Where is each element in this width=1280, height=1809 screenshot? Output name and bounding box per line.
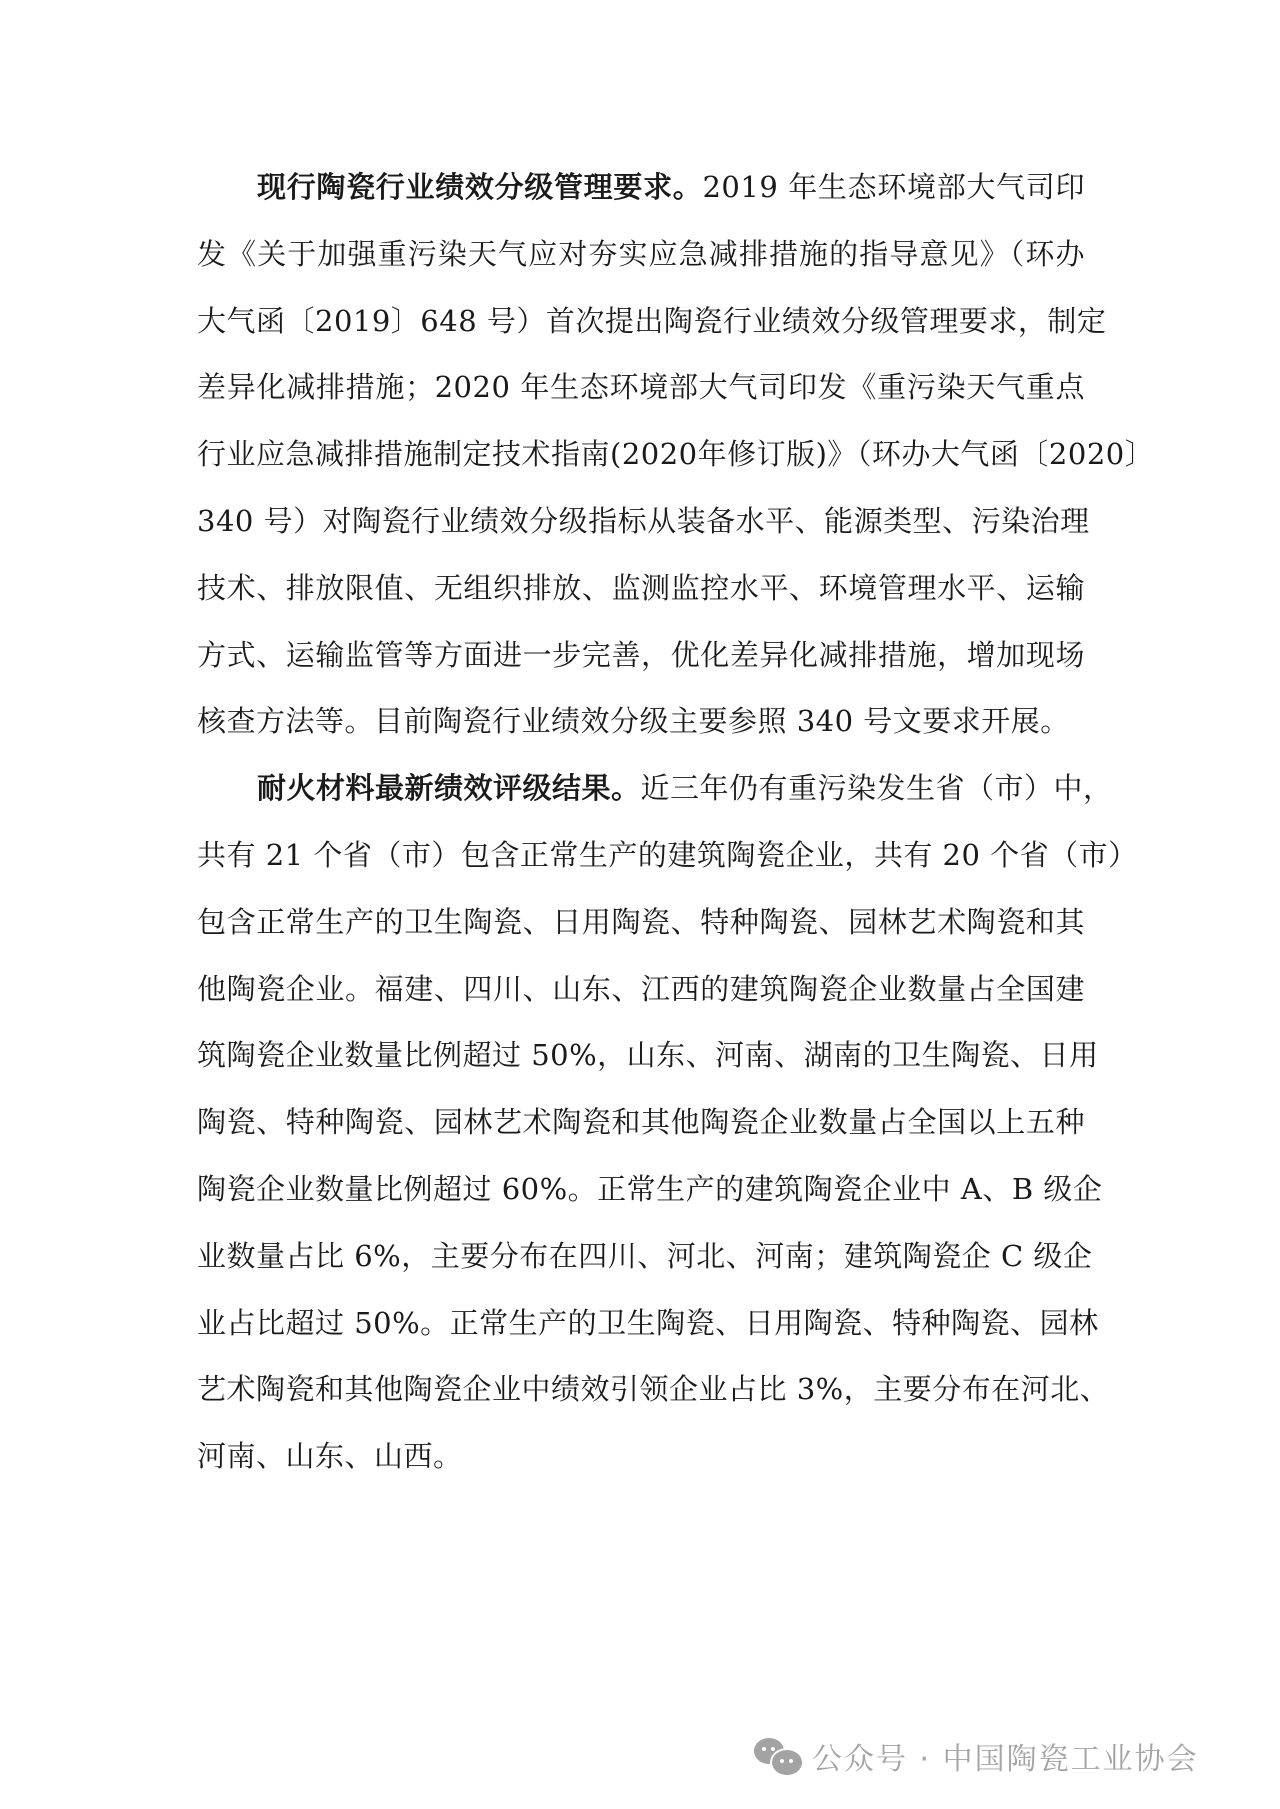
paragraph-line: 艺术陶瓷和其他陶瓷企业中绩效引领企业占比 3%，主要分布在河北、 — [197, 1356, 1085, 1423]
document-page: 现行陶瓷行业绩效分级管理要求。2019 年生态环境部大气司印 发《关于加强重污染… — [0, 0, 1280, 1809]
text-column: 现行陶瓷行业绩效分级管理要求。2019 年生态环境部大气司印 发《关于加强重污染… — [197, 154, 1085, 1490]
wechat-icon — [754, 1736, 802, 1776]
paragraph-line: 业占比超过 50%。正常生产的卫生陶瓷、日用陶瓷、特种陶瓷、园林 — [197, 1290, 1085, 1357]
paragraph-rating-results: 耐火材料最新绩效评级结果。近三年仍有重污染发生省（市）中， 共有 21 个省（市… — [197, 755, 1085, 1490]
paragraph-line: 业数量占比 6%，主要分布在四川、河北、河南；建筑陶瓷企 C 级企 — [197, 1223, 1085, 1290]
paragraph-line: 河南、山东、山西。 — [197, 1423, 1085, 1490]
paragraph-line: 陶瓷、特种陶瓷、园林艺术陶瓷和其他陶瓷企业数量占全国以上五种 — [197, 1089, 1085, 1156]
line-text: 近三年仍有重污染发生省（市）中， — [641, 771, 1113, 805]
paragraph-line: 340 号）对陶瓷行业绩效分级指标从装备水平、能源类型、污染治理 — [197, 488, 1085, 555]
paragraph-lead-heading: 耐火材料最新绩效评级结果。 — [257, 771, 641, 805]
paragraph-line: 行业应急减排措施制定技术指南(2020年修订版)》（环办大气函〔2020〕 — [197, 421, 1085, 488]
paragraph-line: 方式、运输监管等方面进一步完善，优化差异化减排措施，增加现场 — [197, 622, 1085, 689]
paragraph-line: 差异化减排措施；2020 年生态环境部大气司印发《重污染天气重点 — [197, 354, 1085, 421]
paragraph-line: 技术、排放限值、无组织排放、监测监控水平、环境管理水平、运输 — [197, 555, 1085, 622]
paragraph-line: 共有 21 个省（市）包含正常生产的建筑陶瓷企业，共有 20 个省（市） — [197, 822, 1085, 889]
watermark-text: 公众号 · 中国陶瓷工业协会 — [812, 1734, 1199, 1778]
paragraph-line: 核查方法等。目前陶瓷行业绩效分级主要参照 340 号文要求开展。 — [197, 688, 1085, 755]
paragraph-lead-heading: 现行陶瓷行业绩效分级管理要求。 — [257, 170, 702, 204]
line-text: 2019 年生态环境部大气司印 — [702, 170, 1085, 204]
paragraph-line: 他陶瓷企业。福建、四川、山东、江西的建筑陶瓷企业数量占全国建 — [197, 956, 1085, 1023]
paragraph-line: 包含正常生产的卫生陶瓷、日用陶瓷、特种陶瓷、园林艺术陶瓷和其 — [197, 889, 1085, 956]
paragraph-line: 大气函〔2019〕648 号）首次提出陶瓷行业绩效分级管理要求，制定 — [197, 288, 1085, 355]
paragraph-line: 耐火材料最新绩效评级结果。近三年仍有重污染发生省（市）中， — [197, 755, 1085, 822]
wechat-watermark: 公众号 · 中国陶瓷工业协会 — [754, 1734, 1199, 1778]
paragraph-performance-requirements: 现行陶瓷行业绩效分级管理要求。2019 年生态环境部大气司印 发《关于加强重污染… — [197, 154, 1085, 755]
paragraph-line: 发《关于加强重污染天气应对夯实应急减排措施的指导意见》（环办 — [197, 221, 1085, 288]
paragraph-line: 陶瓷企业数量比例超过 60%。正常生产的建筑陶瓷企业中 A、B 级企 — [197, 1156, 1085, 1223]
paragraph-line: 筑陶瓷企业数量比例超过 50%，山东、河南、湖南的卫生陶瓷、日用 — [197, 1022, 1085, 1089]
paragraph-line: 现行陶瓷行业绩效分级管理要求。2019 年生态环境部大气司印 — [197, 154, 1085, 221]
